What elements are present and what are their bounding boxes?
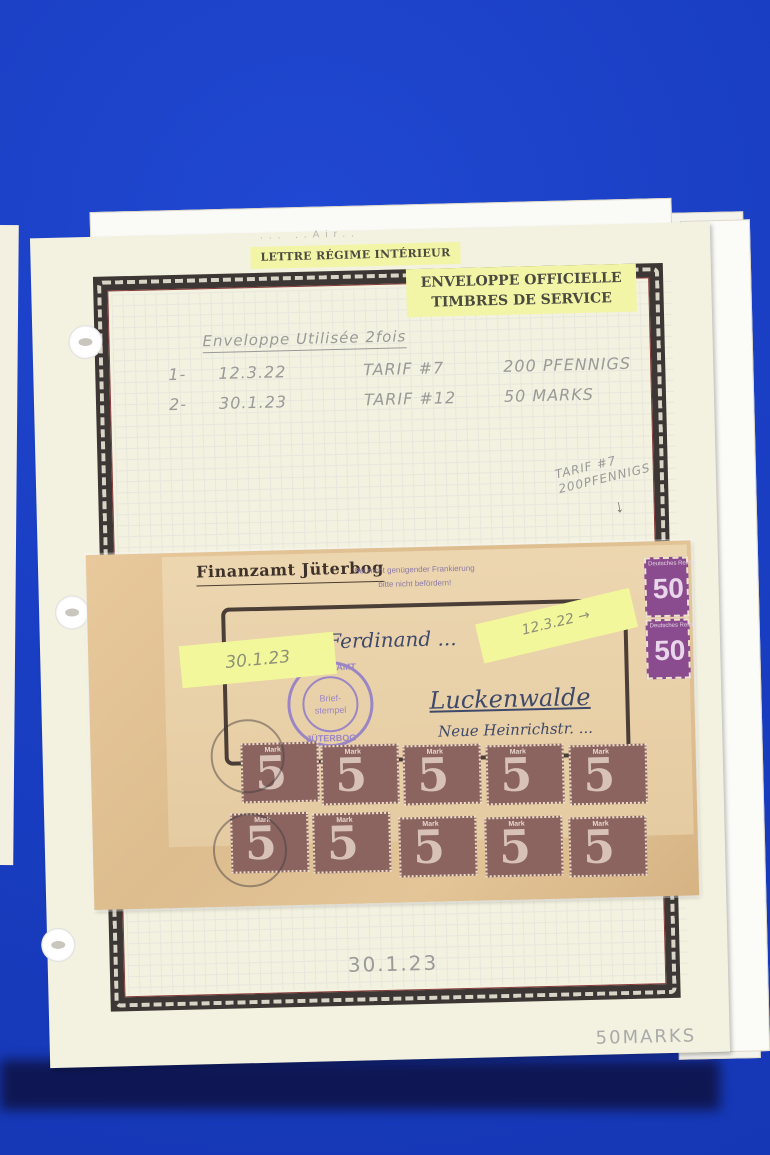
brown-service-stamp: 5Mark xyxy=(484,816,563,878)
row-tarif: TARIF #12 xyxy=(364,387,504,409)
brown-service-stamp: 5Mark xyxy=(402,744,481,806)
stamp-inscription: Mark xyxy=(510,748,527,755)
stamp-value: 5 xyxy=(498,820,531,873)
exhibit-page: ... ..Air.. LETTRE RÉGIME INTÉRIEUR ENVE… xyxy=(30,222,730,1068)
row-amount: 200 PFENNIGS xyxy=(503,354,631,376)
postmark xyxy=(212,812,288,888)
row-tarif: TARIF #7 xyxy=(363,357,503,379)
stamp-inscription: Mark xyxy=(422,821,439,828)
notice-line: Bei nicht genügender Frankierung xyxy=(354,562,475,579)
stamp-value: 5 xyxy=(412,820,445,873)
stamp-center: Brief- stempel xyxy=(290,691,371,717)
address-street: Neue Heinrichstr. ... xyxy=(438,719,593,741)
stamp-value: 50 xyxy=(654,635,686,668)
stamp-inscription: Deutsches Reich xyxy=(650,622,695,629)
stamp-value: 5 xyxy=(583,748,616,801)
stamp-value: 5 xyxy=(582,820,615,873)
brown-service-stamp: 5Mark xyxy=(398,816,477,878)
binder-hole-reinforcement xyxy=(41,928,76,963)
row-num: 1- xyxy=(168,364,218,384)
stamp-value: 5 xyxy=(335,748,368,801)
stamp-center-line: stempel xyxy=(290,703,370,717)
table-shadow xyxy=(0,1060,720,1110)
stamp-inscription: Mark xyxy=(508,821,525,828)
stamp-inscription: Mark xyxy=(427,748,444,755)
row-amount: 50 MARKS xyxy=(504,385,594,406)
label-title-line: TIMBRES DE SERVICE xyxy=(406,288,636,314)
faint-top-text: ... ..Air.. xyxy=(260,228,360,241)
stamp-inscription: Mark xyxy=(592,820,609,827)
stamp-value: 5 xyxy=(500,748,533,801)
binder-hole-reinforcement xyxy=(55,595,90,630)
handwritten-bottom-amount: 50MARKS xyxy=(595,1025,696,1048)
handwritten-bottom-date: 30.1.23 xyxy=(348,951,439,977)
brown-service-stamp: 5Mark xyxy=(485,744,564,806)
violet-service-stamp: Deutsches Reich 50 xyxy=(645,618,690,679)
stamp-value: 5 xyxy=(417,748,450,801)
adjacent-sheet-left xyxy=(0,225,19,865)
stamp-value: 5 xyxy=(326,817,359,870)
notice-line: bitte nicht befördern! xyxy=(354,576,475,593)
row-num: 2- xyxy=(169,394,219,414)
stamp-inscription: Mark xyxy=(336,817,353,824)
envelope: Finanzamt Jüterbog Bei nicht genügender … xyxy=(86,540,699,910)
brown-service-stamp: 5Mark xyxy=(312,812,391,874)
row-date: 12.3.22 xyxy=(218,360,363,383)
brown-service-stamp: 5Mark xyxy=(568,816,647,878)
stamp-inscription: Deutsches Reich xyxy=(648,560,693,567)
label-lettre-regime: LETTRE RÉGIME INTÉRIEUR xyxy=(250,242,460,269)
brown-service-stamp: 5Mark xyxy=(320,744,399,806)
label-title: ENVELOPPE OFFICIELLE TIMBRES DE SERVICE xyxy=(406,264,637,318)
stamp-value: 50 xyxy=(652,573,684,606)
stamp-inscription: Mark xyxy=(593,748,610,755)
violet-service-stamp: Deutsches Reich 50 xyxy=(644,556,689,617)
address-city: Luckenwalde xyxy=(429,683,591,715)
stamp-inscription: Mark xyxy=(345,748,362,755)
postal-notice: Bei nicht genügender Frankierung bitte n… xyxy=(354,562,475,593)
row-date: 30.1.23 xyxy=(219,390,364,413)
brown-service-stamp: 5Mark xyxy=(569,744,648,806)
